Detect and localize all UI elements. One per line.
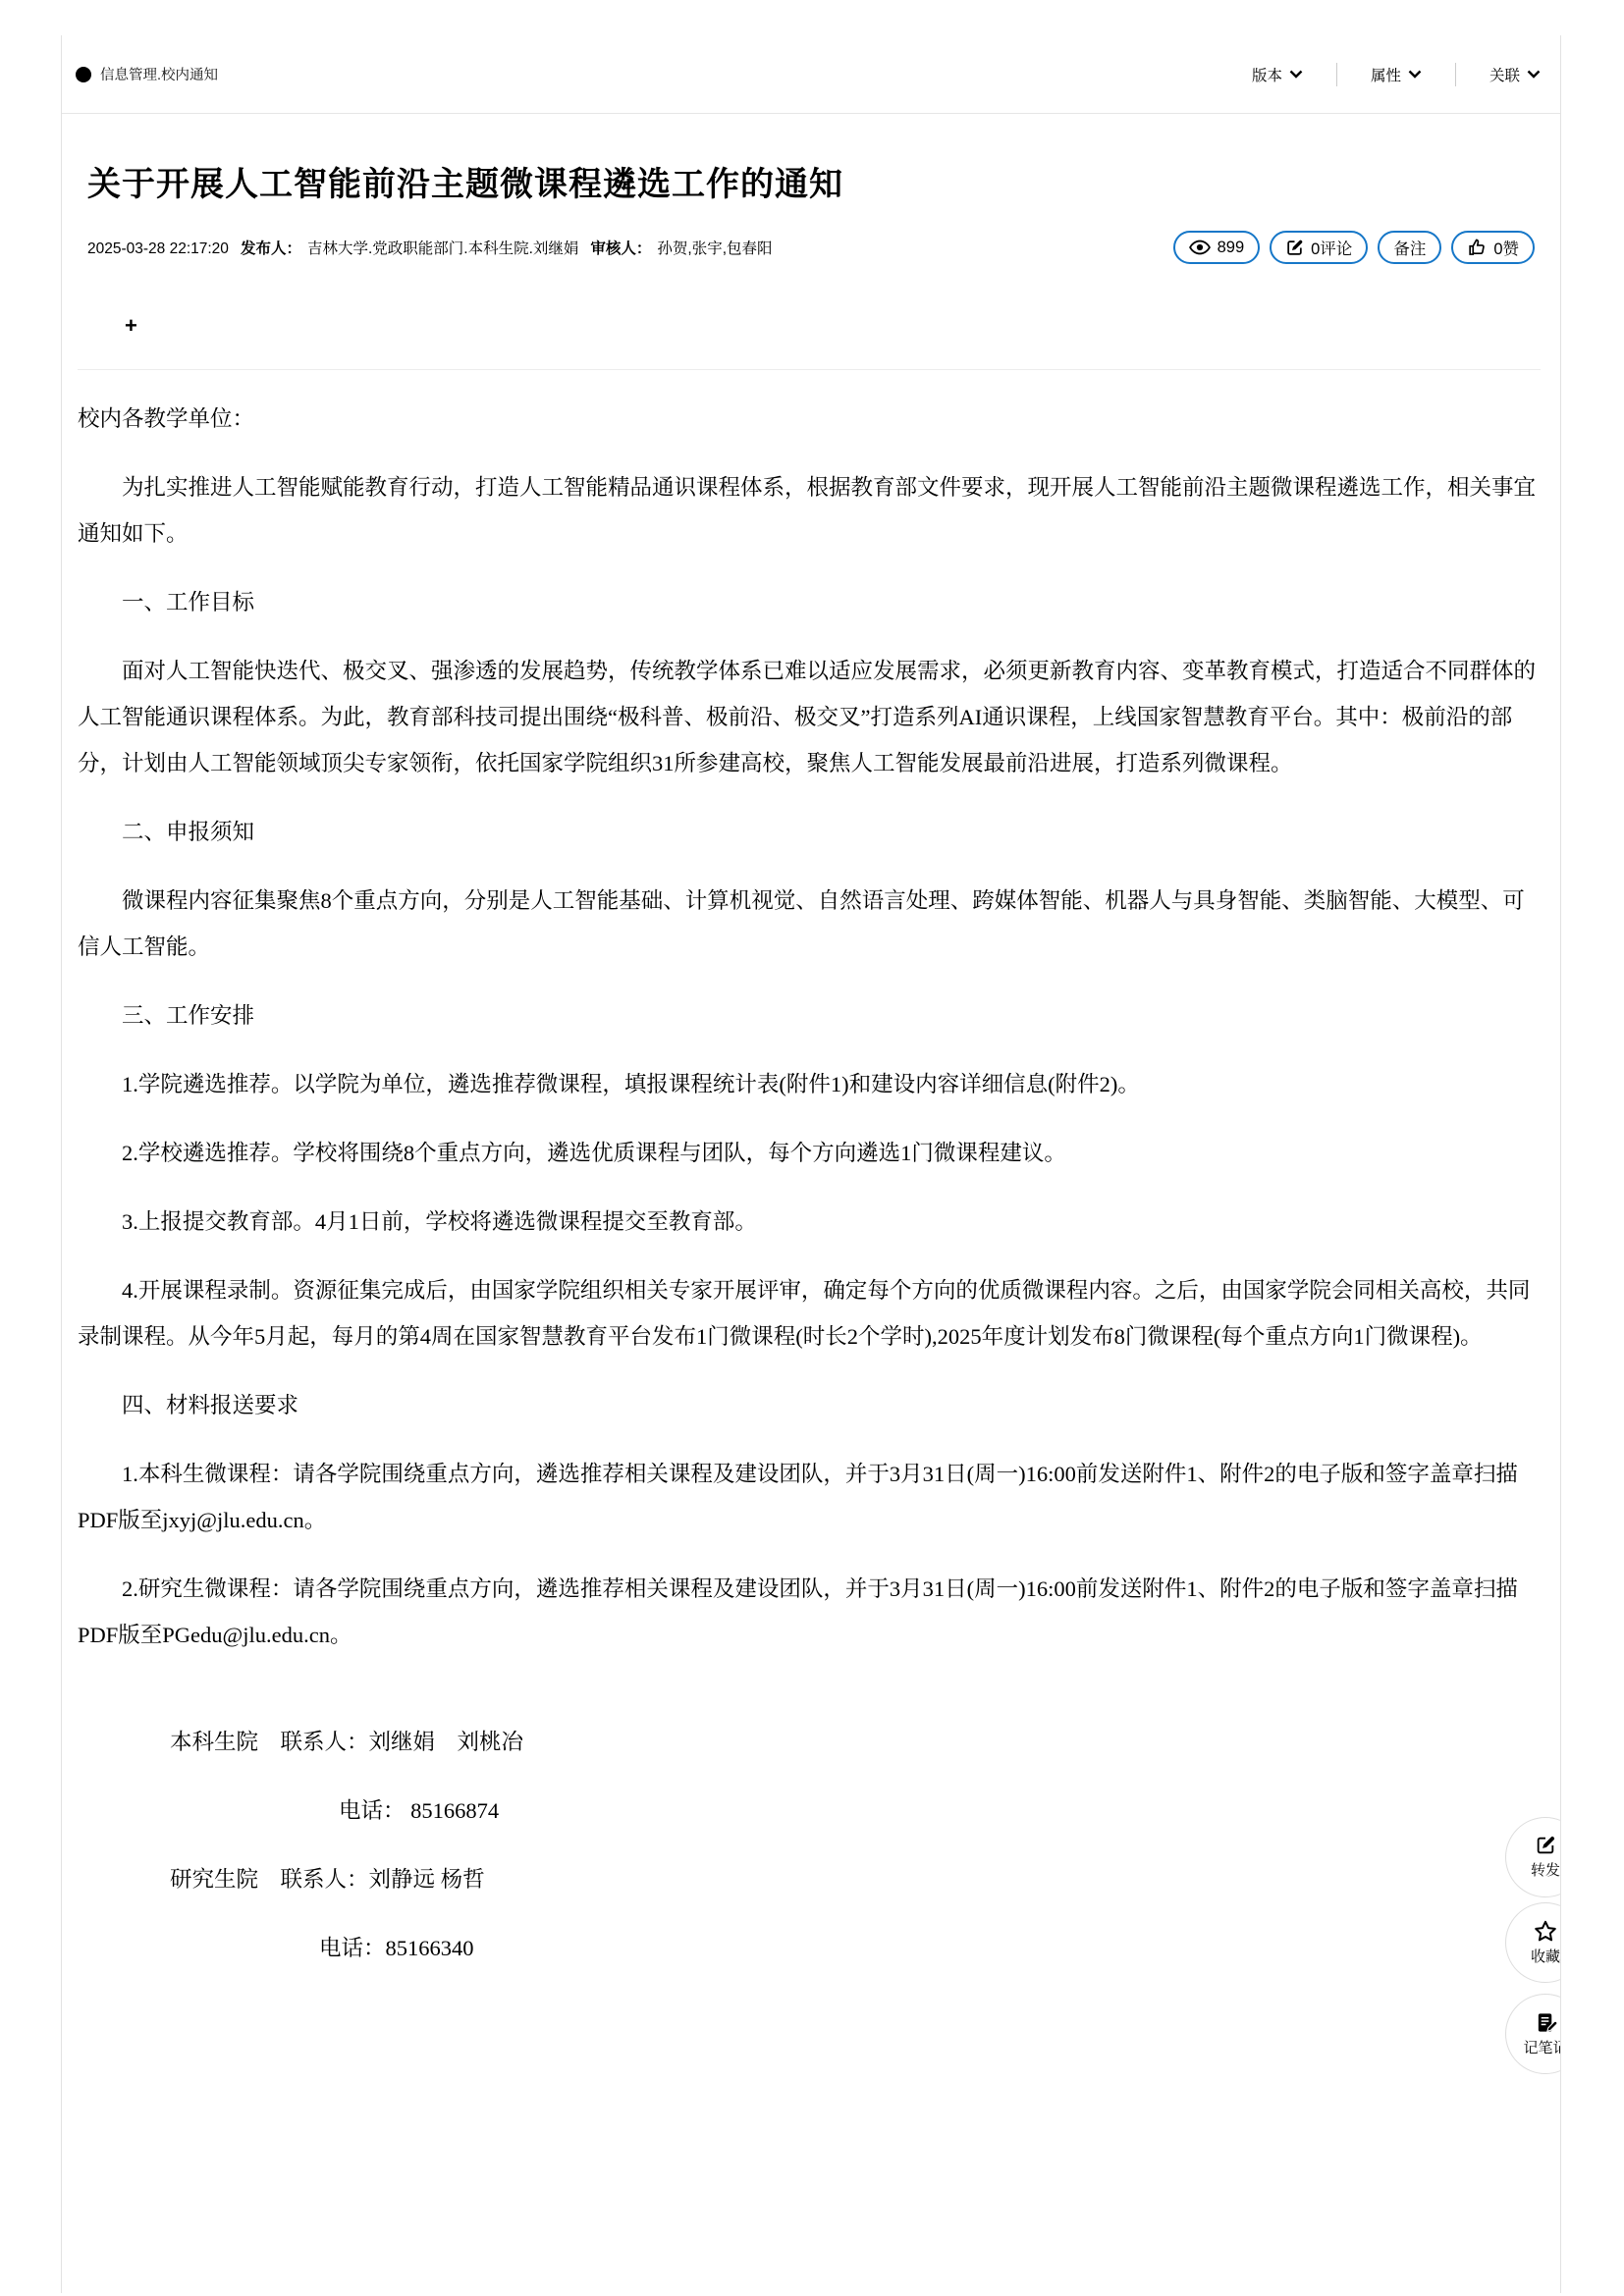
forward-edit-icon bbox=[1535, 1835, 1556, 1856]
publisher-value: 吉林大学.党政职能部门.本科生院.刘继娟 bbox=[307, 237, 578, 258]
star-icon bbox=[1534, 1920, 1557, 1943]
attachment-row: + bbox=[125, 315, 1535, 338]
breadcrumb: 信息管理.校内通知 bbox=[100, 64, 218, 84]
chevron-down-icon bbox=[1527, 70, 1541, 79]
contact-undergraduate: 本科生院 联系人：刘继娟 刘桃冶 bbox=[78, 1719, 1541, 1765]
section2-title: 二、申报须知 bbox=[78, 809, 1541, 855]
publish-datetime: 2025-03-28 22:17:20 bbox=[87, 240, 229, 258]
version-label: 版本 bbox=[1252, 64, 1282, 85]
salutation: 校内各教学单位： bbox=[78, 396, 1541, 442]
thumb-up-icon bbox=[1467, 238, 1487, 257]
topbar: 信息管理.校内通知 版本 属性 关联 bbox=[62, 35, 1560, 114]
category-dot-icon bbox=[76, 67, 91, 82]
likes-count: 0赞 bbox=[1493, 236, 1519, 259]
section3-item4: 4.开展课程录制。资源征集完成后，由国家学院组织相关专家开展评审，确定每个方向的… bbox=[78, 1267, 1541, 1360]
section4-item2: 2.研究生微课程：请各学院围绕重点方向，遴选推荐相关课程及建设团队，并于3月31… bbox=[78, 1566, 1541, 1658]
take-note-label: 记笔记 bbox=[1523, 2037, 1561, 2057]
stat-badges: 899 0评论 备注 0赞 bbox=[1173, 231, 1535, 264]
comments-badge[interactable]: 0评论 bbox=[1270, 231, 1368, 264]
reviewer-label: 审核人： bbox=[590, 237, 651, 258]
section3-item2: 2.学校遴选推荐。学校将围绕8个重点方向，遴选优质课程与团队，每个方向遴选1门微… bbox=[78, 1130, 1541, 1176]
breadcrumb-group: 信息管理.校内通知 bbox=[76, 64, 218, 84]
properties-dropdown[interactable]: 属性 bbox=[1367, 64, 1426, 85]
note-icon bbox=[1535, 2011, 1557, 2034]
document-body: 校内各教学单位： 为扎实推进人工智能赋能教育行动，打造人工智能精品通识课程体系，… bbox=[62, 370, 1560, 1971]
reviewer-value: 孙贺,张宇,包春阳 bbox=[657, 237, 772, 258]
section3-title: 三、工作安排 bbox=[78, 992, 1541, 1039]
expand-plus-button[interactable]: + bbox=[125, 315, 137, 337]
intro-paragraph: 为扎实推进人工智能赋能教育行动，打造人工智能精品通识课程体系，根据教育部文件要求… bbox=[78, 464, 1541, 557]
version-dropdown[interactable]: 版本 bbox=[1248, 64, 1307, 85]
section4-item1: 1.本科生微课程：请各学院围绕重点方向，遴选推荐相关课程及建设团队，并于3月31… bbox=[78, 1451, 1541, 1543]
eye-icon bbox=[1189, 240, 1211, 255]
page-title: 关于开展人工智能前沿主题微课程遴选工作的通知 bbox=[87, 157, 1535, 205]
content-panel: 信息管理.校内通知 版本 属性 关联 关于开展人工智能前沿主题微课程遴选工作的通… bbox=[61, 35, 1561, 2293]
section1-paragraph: 面对人工智能快迭代、极交叉、强渗透的发展趋势，传统教学体系已难以适应发展需求，必… bbox=[78, 648, 1541, 786]
note-label: 备注 bbox=[1393, 236, 1426, 259]
section1-title: 一、工作目标 bbox=[78, 579, 1541, 625]
divider bbox=[1455, 63, 1456, 86]
section4-title: 四、材料报送要求 bbox=[78, 1382, 1541, 1428]
section2-paragraph: 微课程内容征集聚焦8个重点方向，分别是人工智能基础、计算机视觉、自然语言处理、跨… bbox=[78, 878, 1541, 970]
relation-dropdown[interactable]: 关联 bbox=[1486, 64, 1544, 85]
article-head: 关于开展人工智能前沿主题微课程遴选工作的通知 2025-03-28 22:17:… bbox=[62, 157, 1560, 338]
edit-icon bbox=[1285, 239, 1304, 257]
likes-badge[interactable]: 0赞 bbox=[1451, 231, 1535, 264]
meta-row: 2025-03-28 22:17:20 发布人： 吉林大学.党政职能部门.本科生… bbox=[87, 231, 1535, 264]
views-count: 899 bbox=[1218, 239, 1245, 257]
contact-graduate: 研究生院 联系人：刘静远 杨哲 bbox=[78, 1856, 1541, 1902]
relation-label: 关联 bbox=[1489, 64, 1520, 85]
section3-item3: 3.上报提交教育部。4月1日前，学校将遴选微课程提交至教育部。 bbox=[78, 1199, 1541, 1245]
meta-info: 2025-03-28 22:17:20 发布人： 吉林大学.党政职能部门.本科生… bbox=[87, 237, 773, 258]
divider bbox=[1336, 63, 1337, 86]
contact-undergraduate-phone: 电话： 85166874 bbox=[78, 1788, 1541, 1834]
publisher-label: 发布人： bbox=[241, 237, 301, 258]
section3-item1: 1.学院遴选推荐。以学院为单位，遴选推荐微课程，填报课程统计表(附件1)和建设内… bbox=[78, 1061, 1541, 1107]
topbar-actions: 版本 属性 关联 bbox=[1248, 63, 1544, 86]
note-badge[interactable]: 备注 bbox=[1378, 231, 1441, 264]
chevron-down-icon bbox=[1408, 70, 1422, 79]
favorite-label: 收藏 bbox=[1531, 1946, 1560, 1966]
take-note-button[interactable]: 记笔记 bbox=[1505, 1994, 1561, 2074]
views-badge[interactable]: 899 bbox=[1173, 231, 1261, 264]
chevron-down-icon bbox=[1289, 70, 1303, 79]
comments-count: 0评论 bbox=[1311, 236, 1352, 259]
contact-graduate-phone: 电话：85166340 bbox=[78, 1925, 1541, 1971]
forward-label: 转发 bbox=[1531, 1859, 1560, 1880]
contact-block: 本科生院 联系人：刘继娟 刘桃冶 电话： 85166874 研究生院 联系人：刘… bbox=[78, 1719, 1541, 1971]
properties-label: 属性 bbox=[1371, 64, 1401, 85]
